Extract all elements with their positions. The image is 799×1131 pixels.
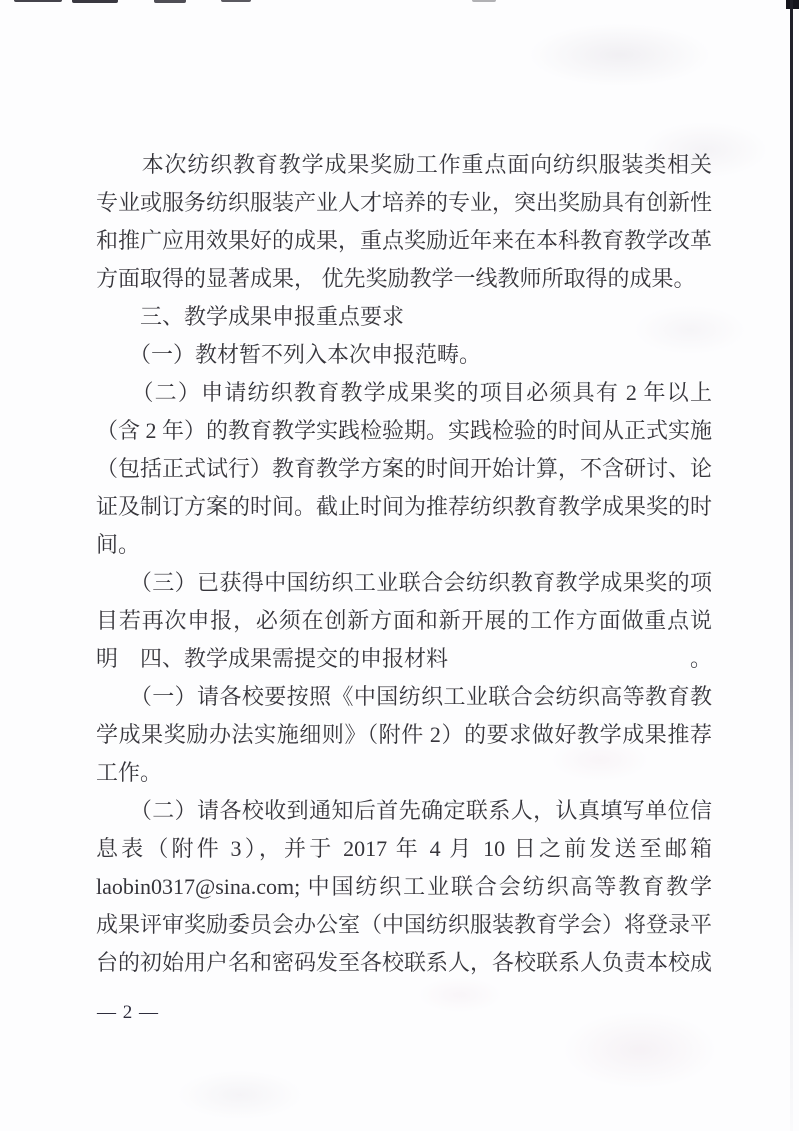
- scanned-page: 本次纺织教育教学成果奖励工作重点面向纺织服装类相关 专业或服务纺织服装产业人才培…: [0, 0, 799, 1131]
- scan-artifact-top-edge: [72, 0, 118, 3]
- text-line: 和推广应用效果好的成果，重点奖励近年来在本科教育教学改革: [96, 222, 712, 260]
- section-heading: 三、教学成果申报重点要求: [96, 298, 712, 336]
- text-line: 目若再次申报，必须在创新方面和新开展的工作方面做重点说明。: [96, 602, 712, 640]
- text-line: （含 2 年）的教育教学实践检验期。实践检验的时间从正式实施: [96, 412, 712, 450]
- text-line: （二）请各校收到通知后首先确定联系人，认真填写单位信: [96, 792, 712, 830]
- text-line: 专业或服务纺织服装产业人才培养的专业，突出奖励具有创新性: [96, 184, 712, 222]
- text-line: 学成果奖励办法实施细则》（附件 2）的要求做好教学成果推荐: [96, 716, 712, 754]
- text-line: 证及制订方案的时间。截止时间为推荐纺织教育教学成果奖的时: [96, 488, 712, 526]
- text-line: 台的初始用户名和密码发至各校联系人，各校联系人负责本校成: [96, 944, 712, 982]
- text-line: 成果评审奖励委员会办公室（中国纺织服装教育学会）将登录平: [96, 906, 712, 944]
- text-line: 本次纺织教育教学成果奖励工作重点面向纺织服装类相关: [96, 146, 712, 184]
- text-line: （一）请各校要按照《中国纺织工业联合会纺织高等教育教: [96, 678, 712, 716]
- scan-artifact-top-edge: [472, 0, 496, 2]
- scan-artifact-top-edge: [14, 0, 62, 2]
- scan-artifact-right-edge: [790, 0, 793, 1131]
- text-line: 间。: [96, 526, 712, 564]
- text-line: 工作。: [96, 754, 712, 792]
- text-line: 方面取得的显著成果， 优先奖励教学一线教师所取得的成果。: [96, 260, 712, 298]
- text-line: （包括正式试行）教育教学方案的时间开始计算，不含研讨、论: [96, 450, 712, 488]
- text-line: （二）申请纺织教育教学成果奖的项目必须具有 2 年以上: [96, 374, 712, 412]
- text-line: laobin0317@sina.com; 中国纺织工业联合会纺织高等教育教学: [96, 868, 712, 906]
- text-line: 息表（附件 3），并于 2017 年 4 月 10 日之前发送至邮箱: [96, 830, 712, 868]
- document-body: 本次纺织教育教学成果奖励工作重点面向纺织服装类相关 专业或服务纺织服装产业人才培…: [96, 146, 712, 982]
- page-number: — 2 —: [97, 1002, 159, 1024]
- text-line: （一）教材暂不列入本次申报范畴。: [96, 336, 712, 374]
- scan-artifact-top-edge: [221, 0, 251, 2]
- scan-artifact-top-edge: [154, 0, 186, 3]
- text-line: （三）已获得中国纺织工业联合会纺织教育教学成果奖的项: [96, 564, 712, 602]
